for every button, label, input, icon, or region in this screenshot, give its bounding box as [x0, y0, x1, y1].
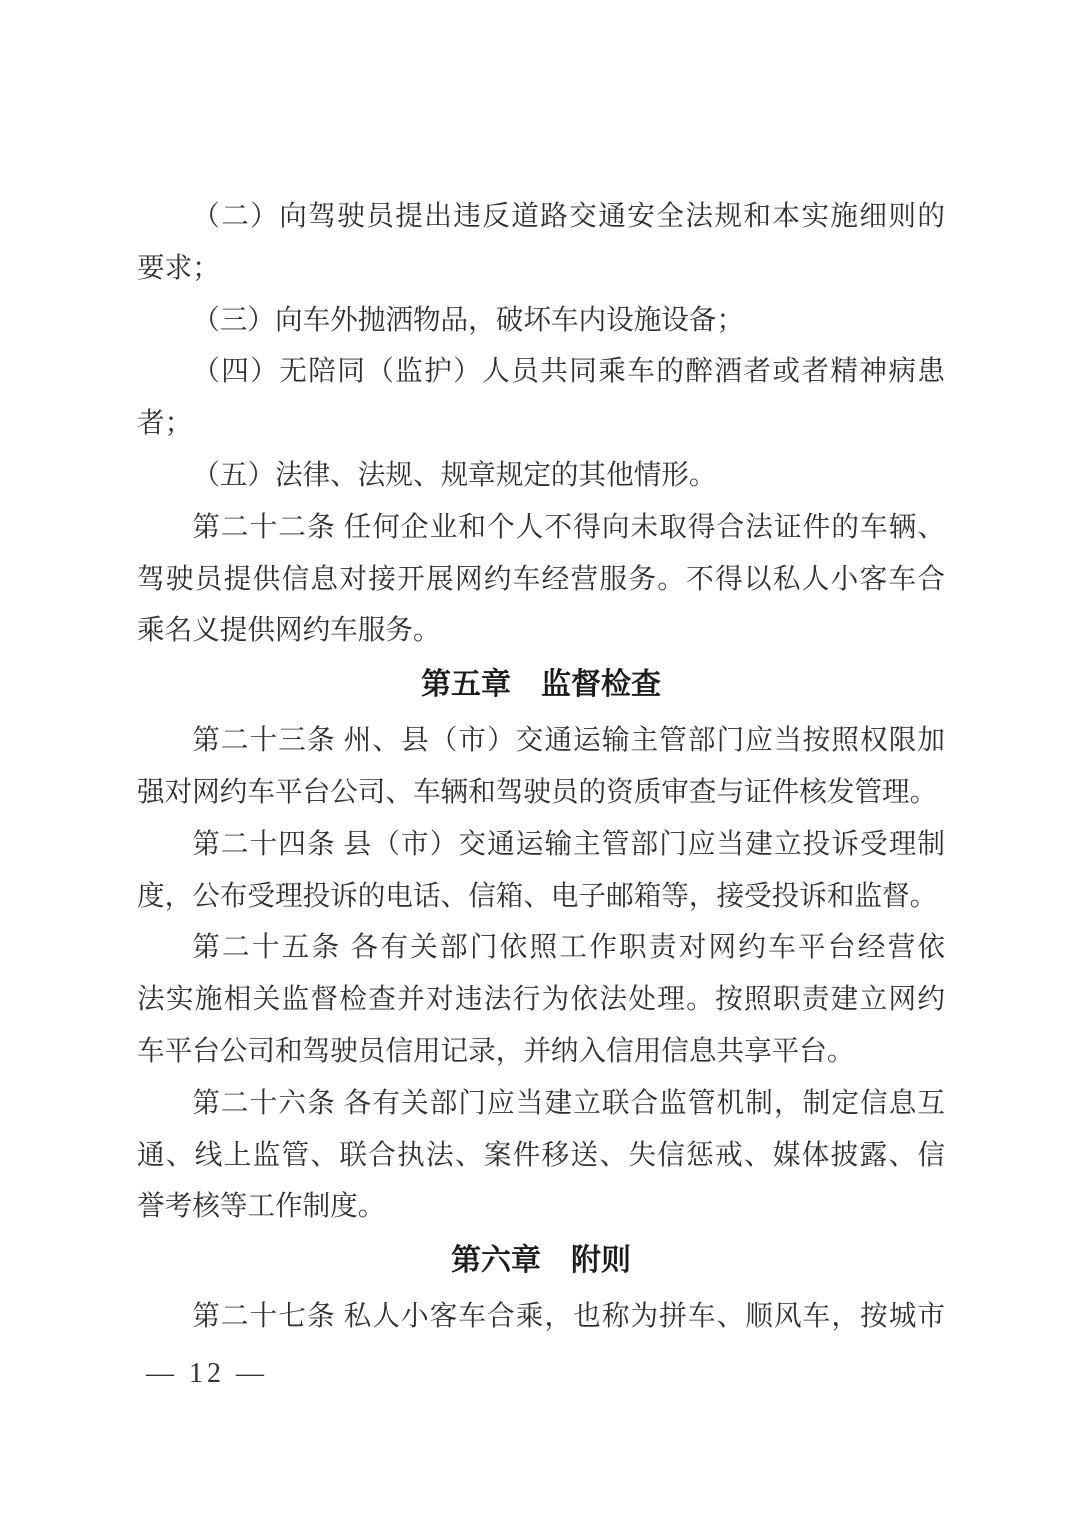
- text-line: 强对网约车平台公司、车辆和驾驶员的资质审查与证件核发管理。: [137, 766, 945, 818]
- text-line: 誉考核等工作制度。: [137, 1180, 945, 1232]
- text-line: （三）向车外抛洒物品，破坏车内设施设备；: [137, 294, 945, 346]
- text-line: 法实施相关监督检查并对违法行为依法处理。按照职责建立网约: [137, 973, 945, 1025]
- paragraph: （三）向车外抛洒物品，破坏车内设施设备；: [137, 294, 945, 346]
- paragraph: （五）法律、法规、规章规定的其他情形。: [137, 449, 945, 501]
- text-line: （二）向驾驶员提出违反道路交通安全法规和本实施细则的: [137, 190, 945, 242]
- paragraph: 第二十三条 州、县（市）交通运输主管部门应当按照权限加强对网约车平台公司、车辆和…: [137, 714, 945, 818]
- chapter-heading: 第六章 附则: [137, 1235, 945, 1287]
- paragraph: （四）无陪同（监护）人员共同乘车的醉酒者或者精神病患者；: [137, 345, 945, 449]
- text-line: 度，公布受理投诉的电话、信箱、电子邮箱等，接受投诉和监督。: [137, 870, 945, 922]
- chapter-heading: 第五章 监督检查: [137, 659, 945, 711]
- text-line: 者；: [137, 397, 945, 449]
- text-line: 第二十五条 各有关部门依照工作职责对网约车平台经营依: [137, 921, 945, 973]
- text-line: 第二十四条 县（市）交通运输主管部门应当建立投诉受理制: [137, 818, 945, 870]
- text-line: （四）无陪同（监护）人员共同乘车的醉酒者或者精神病患: [137, 345, 945, 397]
- document-page: （二）向驾驶员提出违反道路交通安全法规和本实施细则的要求；（三）向车外抛洒物品，…: [0, 0, 1080, 1527]
- text-line: （五）法律、法规、规章规定的其他情形。: [137, 449, 945, 501]
- paragraph: 第二十五条 各有关部门依照工作职责对网约车平台经营依法实施相关监督检查并对违法行…: [137, 921, 945, 1076]
- document-body: （二）向驾驶员提出违反道路交通安全法规和本实施细则的要求；（三）向车外抛洒物品，…: [137, 190, 945, 1342]
- page-number: — 12 —: [146, 1358, 268, 1390]
- text-line: 通、线上监管、联合执法、案件移送、失信惩戒、媒体披露、信: [137, 1129, 945, 1181]
- text-line: 第二十二条 任何企业和个人不得向未取得合法证件的车辆、: [137, 501, 945, 553]
- paragraph: 第二十二条 任何企业和个人不得向未取得合法证件的车辆、驾驶员提供信息对接开展网约…: [137, 501, 945, 656]
- text-line: 第二十三条 州、县（市）交通运输主管部门应当按照权限加: [137, 714, 945, 766]
- paragraph: （二）向驾驶员提出违反道路交通安全法规和本实施细则的要求；: [137, 190, 945, 294]
- paragraph: 第二十七条 私人小客车合乘，也称为拼车、顺风车，按城市: [137, 1290, 945, 1342]
- text-line: 车平台公司和驾驶员信用记录，并纳入信用信息共享平台。: [137, 1025, 945, 1077]
- text-line: 驾驶员提供信息对接开展网约车经营服务。不得以私人小客车合: [137, 553, 945, 605]
- text-line: 第二十六条 各有关部门应当建立联合监管机制，制定信息互: [137, 1077, 945, 1129]
- text-line: 第二十七条 私人小客车合乘，也称为拼车、顺风车，按城市: [137, 1290, 945, 1342]
- paragraph: 第二十六条 各有关部门应当建立联合监管机制，制定信息互通、线上监管、联合执法、案…: [137, 1077, 945, 1232]
- text-line: 乘名义提供网约车服务。: [137, 604, 945, 656]
- paragraph: 第二十四条 县（市）交通运输主管部门应当建立投诉受理制度，公布受理投诉的电话、信…: [137, 818, 945, 922]
- text-line: 要求；: [137, 242, 945, 294]
